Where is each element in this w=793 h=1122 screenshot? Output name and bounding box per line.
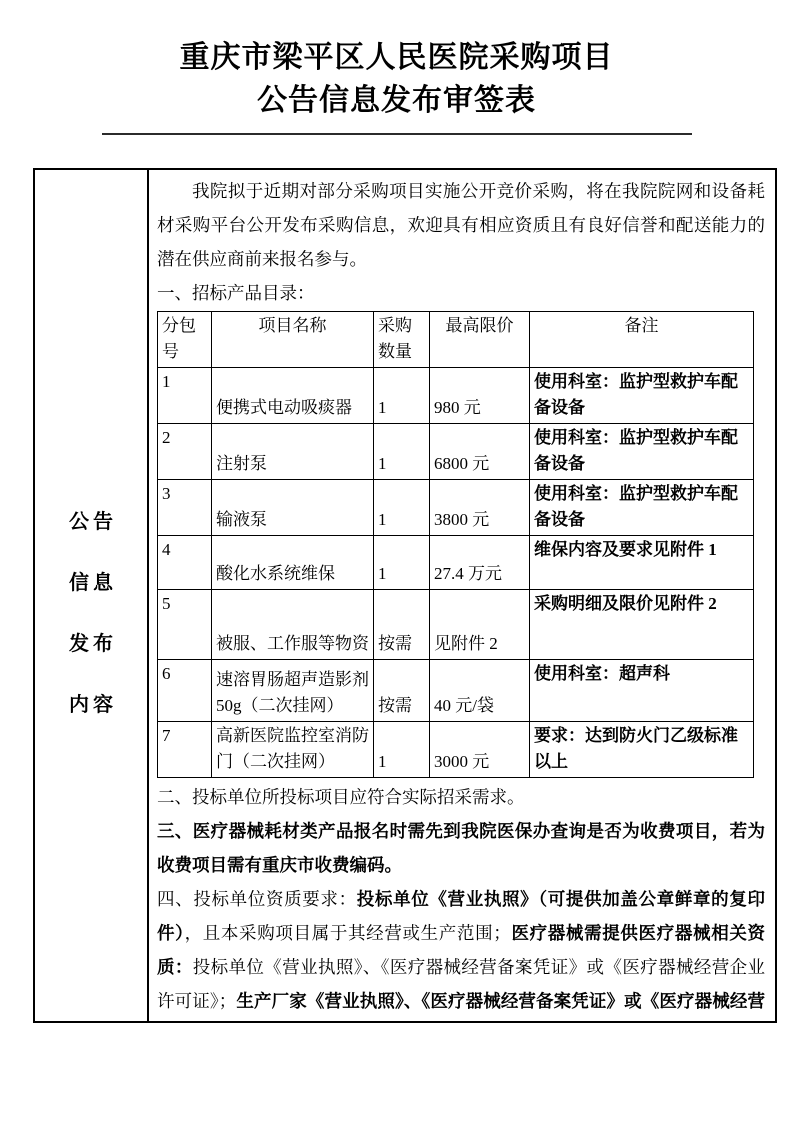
cell-max-price: 3000 元 — [430, 722, 530, 778]
title-underline — [102, 133, 692, 135]
table-row: 6 速溶胃肠超声造影剂 50g（二次挂网） 按需 40 元/袋 使用科室：超声科 — [158, 660, 754, 722]
col-header-quantity: 采购数量 — [374, 312, 430, 368]
cell-remark: 采购明细及限价见附件 2 — [530, 590, 754, 660]
cell-package-no: 7 — [158, 722, 212, 778]
cell-package-no: 5 — [158, 590, 212, 660]
cell-quantity: 1 — [374, 368, 430, 424]
row-label-announcement-content: 公告 信息 发布 内容 — [35, 170, 149, 1021]
cell-item-name: 输液泵 — [212, 480, 374, 536]
row-label-text: 内容 — [65, 688, 117, 717]
cell-package-no: 3 — [158, 480, 212, 536]
cell-max-price: 980 元 — [430, 368, 530, 424]
row-label-text: 信息 — [65, 566, 117, 595]
text-segment: ，且本采购项目属于其经营或生产范围； — [185, 923, 511, 943]
table-row: 2 注射泵 1 6800 元 使用科室：监护型救护车配备设备 — [158, 424, 754, 480]
cell-item-name: 酸化水系统维保 — [212, 536, 374, 590]
doc-title-line2: 公告信息发布审签表 — [0, 79, 793, 122]
table-row: 5 被服、工作服等物资 按需 见附件 2 采购明细及限价见附件 2 — [158, 590, 754, 660]
cell-item-name: 高新医院监控室消防门（二次挂网） — [212, 722, 374, 778]
col-header-max-price: 最高限价 — [430, 312, 530, 368]
cell-package-no: 2 — [158, 424, 212, 480]
cell-item-name: 被服、工作服等物资 — [212, 590, 374, 660]
cell-remark: 要求：达到防火门乙级标准以上 — [530, 722, 754, 778]
cell-quantity: 1 — [374, 722, 430, 778]
table-row: 4 酸化水系统维保 1 27.4 万元 维保内容及要求见附件 1 — [158, 536, 754, 590]
approval-form-table: 公告 信息 发布 内容 我院拟于近期对部分采购项目实施公开竞价采购，将在我院院网… — [33, 168, 777, 1023]
cell-quantity: 按需 — [374, 660, 430, 722]
intro-paragraph: 我院拟于近期对部分采购项目实施公开竞价采购，将在我院院网和设备耗材采购平台公开发… — [157, 174, 765, 276]
cell-remark: 使用科室：监护型救护车配备设备 — [530, 424, 754, 480]
product-table-header: 分包号 项目名称 采购数量 最高限价 备注 — [158, 312, 754, 368]
cell-item-name: 速溶胃肠超声造影剂 50g（二次挂网） — [212, 660, 374, 722]
title-block: 重庆市梁平区人民医院采购项目 公告信息发布审签表 — [0, 0, 793, 135]
cell-max-price: 见附件 2 — [430, 590, 530, 660]
section-2-paragraph: 二、投标单位所投标项目应符合实际招采需求。 — [157, 780, 765, 814]
cell-item-name: 注射泵 — [212, 424, 374, 480]
table-row: 7 高新医院监控室消防门（二次挂网） 1 3000 元 要求：达到防火门乙级标准… — [158, 722, 754, 778]
cell-package-no: 6 — [158, 660, 212, 722]
cell-quantity: 按需 — [374, 590, 430, 660]
cell-quantity: 1 — [374, 536, 430, 590]
cell-package-no: 4 — [158, 536, 212, 590]
col-header-item-name: 项目名称 — [212, 312, 374, 368]
table-row: 1 便携式电动吸痰器 1 980 元 使用科室：监护型救护车配备设备 — [158, 368, 754, 424]
row-label-text: 发布 — [65, 627, 117, 656]
cell-max-price: 40 元/袋 — [430, 660, 530, 722]
section-3-paragraph: 三、医疗器械耗材类产品报名时需先到我院医保办查询是否为收费项目，若为收费项目需有… — [157, 814, 765, 882]
col-header-remark: 备注 — [530, 312, 754, 368]
row-label-text: 公告 — [65, 505, 117, 534]
text-segment: 生产厂家《营业执照》、《医疗器械经营备案凭证》或《医疗器械经营企业许可证》 — [157, 991, 765, 1021]
cell-quantity: 1 — [374, 480, 430, 536]
col-header-package-no: 分包号 — [158, 312, 212, 368]
product-table-body: 1 便携式电动吸痰器 1 980 元 使用科室：监护型救护车配备设备 2 注射泵… — [158, 368, 754, 778]
cell-remark: 使用科室：监护型救护车配备设备 — [530, 480, 754, 536]
cell-package-no: 1 — [158, 368, 212, 424]
cell-remark: 使用科室：监护型救护车配备设备 — [530, 368, 754, 424]
table-row: 3 输液泵 1 3800 元 使用科室：监护型救护车配备设备 — [158, 480, 754, 536]
document-page: 重庆市梁平区人民医院采购项目 公告信息发布审签表 公告 信息 发布 内容 我院拟… — [0, 0, 793, 1122]
cell-remark: 使用科室：超声科 — [530, 660, 754, 722]
doc-title-line1: 重庆市梁平区人民医院采购项目 — [0, 36, 793, 79]
section-4-paragraph: 四、投标单位资质要求：投标单位《营业执照》（可提供加盖公章鲜章的复印件），且本采… — [157, 882, 765, 1021]
cell-remark: 维保内容及要求见附件 1 — [530, 536, 754, 590]
catalog-heading: 一、招标产品目录： — [157, 276, 765, 310]
cell-max-price: 6800 元 — [430, 424, 530, 480]
cell-max-price: 27.4 万元 — [430, 536, 530, 590]
cell-item-name: 便携式电动吸痰器 — [212, 368, 374, 424]
cell-max-price: 3800 元 — [430, 480, 530, 536]
announcement-content-cell: 我院拟于近期对部分采购项目实施公开竞价采购，将在我院院网和设备耗材采购平台公开发… — [149, 170, 775, 1021]
text-segment: 四、投标单位资质要求： — [157, 889, 357, 909]
product-catalog-table: 分包号 项目名称 采购数量 最高限价 备注 1 便携式电动吸痰器 1 — [157, 311, 754, 778]
cell-quantity: 1 — [374, 424, 430, 480]
